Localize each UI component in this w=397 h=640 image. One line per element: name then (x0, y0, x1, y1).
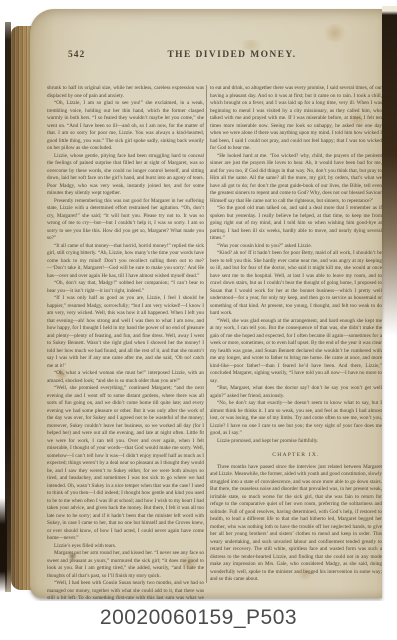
paragraph: “So the good old man talked on, and said… (210, 205, 382, 243)
paragraph: Presently remembering this was not good … (47, 198, 204, 243)
paragraph: Lizzie’s eyes filled with tears. (47, 543, 204, 551)
binding-shadow-bottom-left (0, 498, 7, 592)
page-header: 542 THE DIVIDED MONEY. (30, 50, 382, 64)
paragraph: Lizzie, whose gentle, pitying face had b… (47, 153, 204, 198)
paragraph: Lizzie promised, and kept her promise fa… (210, 438, 382, 446)
archive-label-strip: 20020060159_P503 (0, 601, 397, 640)
paragraph: “If I was only half as good as you are, … (47, 295, 204, 370)
paragraph: “But, Margaret, what does the doctor say… (210, 385, 382, 400)
paragraph: “Oh, don’t say that, Madgy!” sobbed her … (47, 280, 204, 295)
paragraph: “Was your cousin kind to you?” asked Liz… (210, 243, 382, 251)
paragraph: to eat and drink, so altogether there wa… (210, 85, 382, 153)
paragraph: “Well, she was glad enough at the arrang… (210, 318, 382, 386)
paragraph: “Kind? ah no! If it hadn’t been for poor… (210, 250, 382, 318)
page-edge-right (382, 6, 397, 336)
paragraph: “He looked hard at me. ‘Too wicked? why,… (210, 153, 382, 206)
paragraph: “No, he don’t say that exactly—he doesn’… (210, 400, 382, 438)
column-divider-rule (206, 85, 207, 583)
paragraph: “It all came of that money—that horrid, … (47, 243, 204, 281)
paragraph: shrunk to half its original size, while … (47, 85, 204, 100)
chapter-heading: CHAPTER IX. (210, 452, 382, 460)
paragraph: Margaret put her arm round her, and kiss… (47, 550, 204, 580)
archive-label: 20020060159_P503 (100, 606, 297, 630)
paragraph: “Well, she promised everything,” continu… (47, 385, 204, 543)
running-title: THE DIVIDED MONEY. (30, 50, 382, 60)
paragraph: Three months have passed since the inter… (210, 464, 382, 584)
paragraph: “Oh, what a wicked woman she must be!” i… (47, 370, 204, 385)
paragraph: “Oh, Lizzie, I am so glad to see you!” s… (47, 100, 204, 153)
text-column-right: to eat and drink, so altogether there wa… (210, 85, 382, 584)
scanned-book-photo: 542 THE DIVIDED MONEY. shrunk to half it… (0, 0, 397, 640)
text-column-left: shrunk to half its original size, while … (47, 85, 204, 633)
